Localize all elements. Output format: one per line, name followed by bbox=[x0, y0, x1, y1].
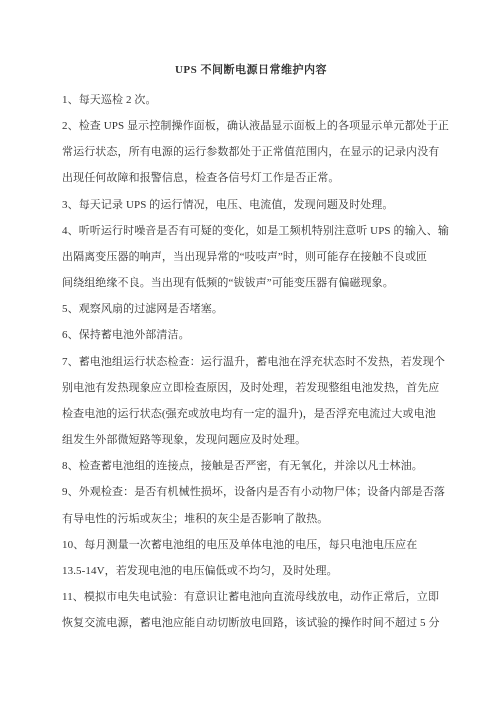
text-line: 别电池有发热现象应立即检查原因，及时处理，若发现整组电池发热，首先应 bbox=[62, 375, 440, 401]
text-line: 11、模拟市电失电试验：有意识让蓄电池向直流母线放电，动作正常后，立即 bbox=[62, 584, 440, 610]
document-body: 1、每天巡检 2 次。2、检查 UPS 显示控制操作面板，确认液晶显示面板上的各… bbox=[62, 87, 440, 636]
paragraph-6: 6、保持蓄电池外部清洁。 bbox=[62, 322, 440, 348]
paragraph-8: 8、检查蓄电池组的连接点，接触是否严密，有无氧化，并涂以凡士林油。 bbox=[62, 453, 440, 479]
text-line: 恢复交流电源，蓄电池应能自动切断放电回路，该试验的操作时间不超过 5 分 bbox=[62, 610, 440, 636]
text-line: 有导电性的污垢或灰尘；堆积的灰尘是否影响了散热。 bbox=[62, 506, 440, 532]
paragraph-2: 2、检查 UPS 显示控制操作面板，确认液晶显示面板上的各项显示单元都处于正常运… bbox=[62, 113, 440, 191]
paragraph-1: 1、每天巡检 2 次。 bbox=[62, 87, 440, 113]
text-line: 2、检查 UPS 显示控制操作面板，确认液晶显示面板上的各项显示单元都处于正 bbox=[62, 113, 440, 139]
text-line: 6、保持蓄电池外部清洁。 bbox=[62, 322, 440, 348]
text-line: 8、检查蓄电池组的连接点，接触是否严密，有无氧化，并涂以凡士林油。 bbox=[62, 453, 440, 479]
document-page: UPS 不间断电源日常维护内容 1、每天巡检 2 次。2、检查 UPS 显示控制… bbox=[0, 0, 500, 707]
text-line: 出隔离变压器的响声，当出现异常的“吱吱声”时，则可能存在接触不良或匝 bbox=[62, 244, 440, 270]
paragraph-10: 10、每月测量一次蓄电池组的电压及单体电池的电压，每只电池电压应在13.5-14… bbox=[62, 532, 440, 584]
text-line: 间绕组绝缘不良。当出现有低频的“钹钹声”可能变压器有偏磁现象。 bbox=[62, 270, 440, 296]
text-line: 13.5-14V，若发现电池的电压偏低或不均匀，及时处理。 bbox=[62, 558, 440, 584]
text-line: 10、每月测量一次蓄电池组的电压及单体电池的电压，每只电池电压应在 bbox=[62, 532, 440, 558]
paragraph-9: 9、外观检查：是否有机械性损坏，设备内是否有小动物尸体；设备内部是否落有导电性的… bbox=[62, 479, 440, 531]
text-line: 5、观察风扇的过滤网是否堵塞。 bbox=[62, 296, 440, 322]
document-title: UPS 不间断电源日常维护内容 bbox=[62, 62, 440, 78]
text-line: 常运行状态，所有电源的运行参数都处于正常值范围内，在显示的记录内没有 bbox=[62, 139, 440, 165]
text-line: 3、每天记录 UPS 的运行情况，电压、电流值，发现问题及时处理。 bbox=[62, 192, 440, 218]
text-line: 1、每天巡检 2 次。 bbox=[62, 87, 440, 113]
text-line: 组发生外部微短路等现象，发现问题应及时处理。 bbox=[62, 427, 440, 453]
paragraph-5: 5、观察风扇的过滤网是否堵塞。 bbox=[62, 296, 440, 322]
paragraph-3: 3、每天记录 UPS 的运行情况，电压、电流值，发现问题及时处理。 bbox=[62, 192, 440, 218]
text-line: 检查电池的运行状态(强充或放电均有一定的温升)，是否浮充电流过大或电池 bbox=[62, 401, 440, 427]
paragraph-7: 7、蓄电池组运行状态检查：运行温升，蓄电池在浮充状态时不发热，若发现个别电池有发… bbox=[62, 349, 440, 454]
text-line: 7、蓄电池组运行状态检查：运行温升，蓄电池在浮充状态时不发热，若发现个 bbox=[62, 349, 440, 375]
text-line: 出现任何故障和报警信息，检查各信号灯工作是否正常。 bbox=[62, 165, 440, 191]
paragraph-11: 11、模拟市电失电试验：有意识让蓄电池向直流母线放电，动作正常后，立即恢复交流电… bbox=[62, 584, 440, 636]
paragraph-4: 4、听听运行时噪音是否有可疑的变化，如是工频机特别注意听 UPS 的输入、输出隔… bbox=[62, 218, 440, 296]
text-line: 4、听听运行时噪音是否有可疑的变化，如是工频机特别注意听 UPS 的输入、输 bbox=[62, 218, 440, 244]
text-line: 9、外观检查：是否有机械性损坏，设备内是否有小动物尸体；设备内部是否落 bbox=[62, 479, 440, 505]
